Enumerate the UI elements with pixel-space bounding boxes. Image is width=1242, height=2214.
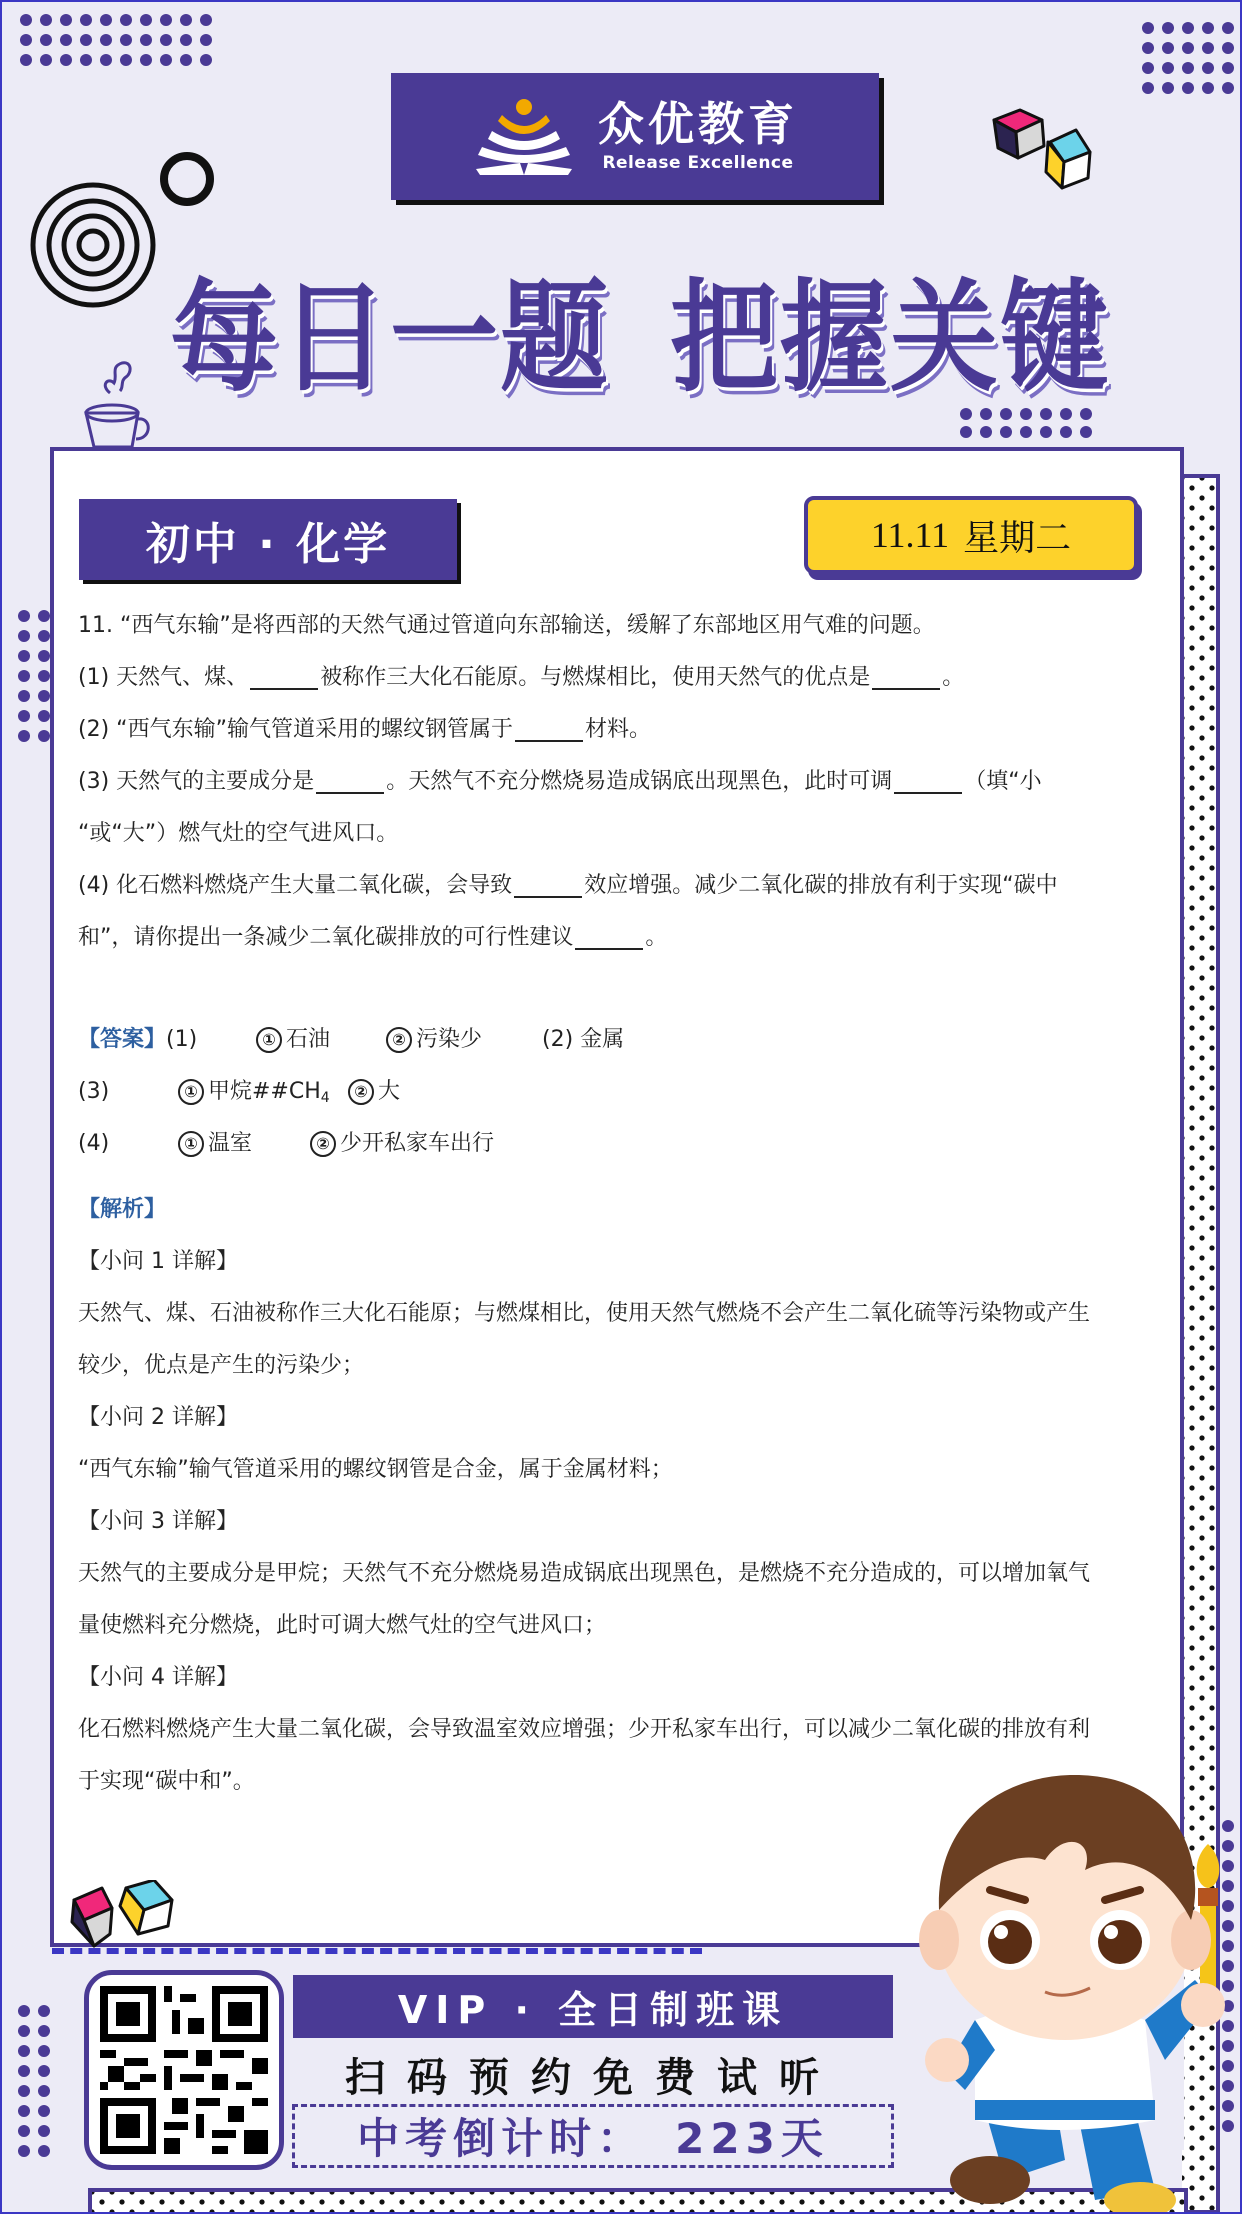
question-part-1: (1) 天然气、煤、被称作三大化石能原。与燃煤相比，使用天然气的优点是。 [78, 652, 1158, 704]
dot [18, 2105, 30, 2117]
vip-class-banner: VIP · 全日制班课 [293, 1975, 893, 2038]
question-part-4-cont: 和”，请你提出一条减少二氧化碳排放的可行性建议。 [78, 912, 1158, 964]
answer-row-1: 【答案】 (1) ①石油 ②污染少 (2) 金属 [78, 1014, 1158, 1066]
answer-blank [894, 770, 962, 794]
dot [38, 2045, 50, 2057]
dot [18, 2005, 30, 2017]
analysis-section-title: 【小问 4 详解】 [78, 1652, 1158, 1704]
answer-row-2: (3) ①甲烷##CH4 ②大 [78, 1066, 1158, 1118]
logo-mark-icon [472, 97, 576, 177]
dot [180, 54, 192, 66]
dot [80, 14, 92, 26]
dot [40, 34, 52, 46]
dot [38, 2025, 50, 2037]
subject-tag: 初中 · 化学 [79, 499, 457, 580]
headline: 每日一题 把握关键 [170, 262, 1110, 392]
analysis-line: 化石燃料燃烧产生大量二氧化碳，会导致温室效应增强；少开私家车出行，可以减少二氧化… [78, 1704, 1158, 1756]
dot [1162, 82, 1174, 94]
dot [80, 34, 92, 46]
dot [1162, 42, 1174, 54]
coffee-mug-icon [80, 355, 160, 450]
answer-blank [515, 718, 583, 742]
dot [120, 54, 132, 66]
dot [960, 426, 972, 438]
exam-countdown: 中考倒计时： 223天 [292, 2104, 894, 2168]
question-part-3-cont: “或“大”）燃气灶的空气进风口。 [78, 808, 1158, 860]
dot [18, 2145, 30, 2157]
answer-blank [250, 666, 318, 690]
dot [38, 650, 50, 662]
scan-to-book-text: 扫码预约免费试听 [293, 2044, 893, 2104]
dot [38, 2005, 50, 2017]
dot [38, 2085, 50, 2097]
mascot-boy-illustration [895, 1760, 1225, 2214]
concentric-circles-icon [28, 180, 158, 310]
dot [38, 670, 50, 682]
decorative-dots-top-left [20, 14, 220, 66]
question-part-3: (3) 天然气的主要成分是。天然气不充分燃烧易造成锅底出现黑色，此时可调（填“小 [78, 756, 1158, 808]
dashed-divider [52, 1948, 702, 1954]
analysis-section-title: 【小问 2 详解】 [78, 1392, 1158, 1444]
qr-code[interactable] [84, 1970, 284, 2170]
dot [1162, 22, 1174, 34]
analysis-line: 量使燃料充分燃烧，此时可调大燃气灶的空气进风口； [78, 1600, 1158, 1652]
dot [180, 14, 192, 26]
dot [1142, 42, 1154, 54]
analysis-line: “西气东输”输气管道采用的螺纹钢管是合金，属于金属材料； [78, 1444, 1158, 1496]
answer-blank [316, 770, 384, 794]
question-content: 11. “西气东输”是将西部的天然气通过管道向东部输送，缓解了东部地区用气难的问… [78, 600, 1158, 1808]
brand-name-en: Release Excellence [602, 153, 793, 173]
dot [160, 34, 172, 46]
dot [80, 54, 92, 66]
date-tag: 11.11 星期二 [804, 496, 1138, 574]
dot [1162, 62, 1174, 74]
dot [160, 14, 172, 26]
analysis-section-title: 【小问 1 详解】 [78, 1236, 1158, 1288]
headline-right: 把握关键 [670, 240, 1110, 414]
dot [38, 2125, 50, 2137]
dot [200, 34, 212, 46]
dot [38, 2145, 50, 2157]
answer-row-3: (4) ①温室 ②少开私家车出行 [78, 1118, 1158, 1170]
dot [40, 54, 52, 66]
cubes-icon [990, 100, 1100, 190]
dot [1202, 42, 1214, 54]
dot [200, 14, 212, 26]
dot [20, 54, 32, 66]
decorative-dots-top-right [1142, 22, 1242, 94]
qr-code-icon [100, 1986, 268, 2154]
dot [18, 2065, 30, 2077]
dot [60, 54, 72, 66]
dot [1000, 426, 1012, 438]
dot [100, 34, 112, 46]
dot [20, 14, 32, 26]
dot [100, 54, 112, 66]
answer-label: 【答案】 [78, 1014, 166, 1066]
dot [1222, 62, 1234, 74]
weekday: 星期二 [963, 510, 1071, 561]
dot [38, 610, 50, 622]
dot [18, 690, 30, 702]
analysis-line: 天然气的主要成分是甲烷；天然气不充分燃烧易造成锅底出现黑色，是燃烧不充分造成的，… [78, 1548, 1158, 1600]
answer-blank [575, 926, 643, 950]
brand-name-cn: 众优教育 [598, 101, 798, 147]
dot [18, 650, 30, 662]
dot [38, 690, 50, 702]
dot [140, 54, 152, 66]
ring-icon [160, 152, 214, 206]
dot [1222, 82, 1234, 94]
dot [40, 14, 52, 26]
dot [1182, 42, 1194, 54]
dot [140, 34, 152, 46]
analysis-section-title: 【小问 3 详解】 [78, 1496, 1158, 1548]
question-part-2: (2) “西气东输”输气管道采用的螺纹钢管属于材料。 [78, 704, 1158, 756]
dot [180, 34, 192, 46]
dot [60, 14, 72, 26]
dot [18, 2025, 30, 2037]
dot [1222, 42, 1234, 54]
dot [18, 2085, 30, 2097]
dot [18, 2045, 30, 2057]
dot [1142, 22, 1154, 34]
dot [1222, 22, 1234, 34]
dot [38, 2065, 50, 2077]
dot [38, 730, 50, 742]
analysis-line: 天然气、煤、石油被称作三大化石能原；与燃煤相比，使用天然气燃烧不会产生二氧化硫等… [78, 1288, 1158, 1340]
dot [1142, 82, 1154, 94]
dot [20, 34, 32, 46]
analysis-line: 较少，优点是产生的污染少； [78, 1340, 1158, 1392]
dot [100, 14, 112, 26]
dot [1182, 22, 1194, 34]
answer-blank [872, 666, 940, 690]
question-part-4: (4) 化石燃料燃烧产生大量二氧化碳，会导致效应增强。减少二氧化碳的排放有利于实… [78, 860, 1158, 912]
dot [38, 710, 50, 722]
dot [1202, 82, 1214, 94]
dot [120, 14, 132, 26]
dot [1202, 62, 1214, 74]
analysis-label: 【解析】 [78, 1184, 1158, 1236]
question-stem: 11. “西气东输”是将西部的天然气通过管道向东部输送，缓解了东部地区用气难的问… [78, 600, 1158, 652]
dot [1182, 62, 1194, 74]
brand-logo: 众优教育 Release Excellence [391, 73, 879, 200]
answer-blank [514, 874, 582, 898]
dot [18, 610, 30, 622]
dot [60, 34, 72, 46]
decorative-dots-bottom-left [18, 2005, 58, 2157]
headline-left: 每日一题 [170, 240, 610, 414]
dot [18, 670, 30, 682]
dot [120, 34, 132, 46]
decorative-dots-bottom-right [1222, 1820, 1242, 2132]
dot [1040, 426, 1052, 438]
dot [1142, 62, 1154, 74]
dot [18, 630, 30, 642]
dot [38, 630, 50, 642]
dot [1020, 426, 1032, 438]
dot [160, 54, 172, 66]
dot [1182, 82, 1194, 94]
dot [18, 730, 30, 742]
dot [18, 2125, 30, 2137]
dot [1080, 426, 1092, 438]
date: 11.11 [871, 514, 949, 556]
dot [18, 710, 30, 722]
dot [200, 54, 212, 66]
countdown-label: 中考倒计时： [357, 2106, 645, 2166]
dot [1060, 426, 1072, 438]
countdown-value: 223天 [675, 2106, 829, 2166]
dot [140, 14, 152, 26]
dot [38, 2105, 50, 2117]
dot [980, 426, 992, 438]
dot [1202, 22, 1214, 34]
